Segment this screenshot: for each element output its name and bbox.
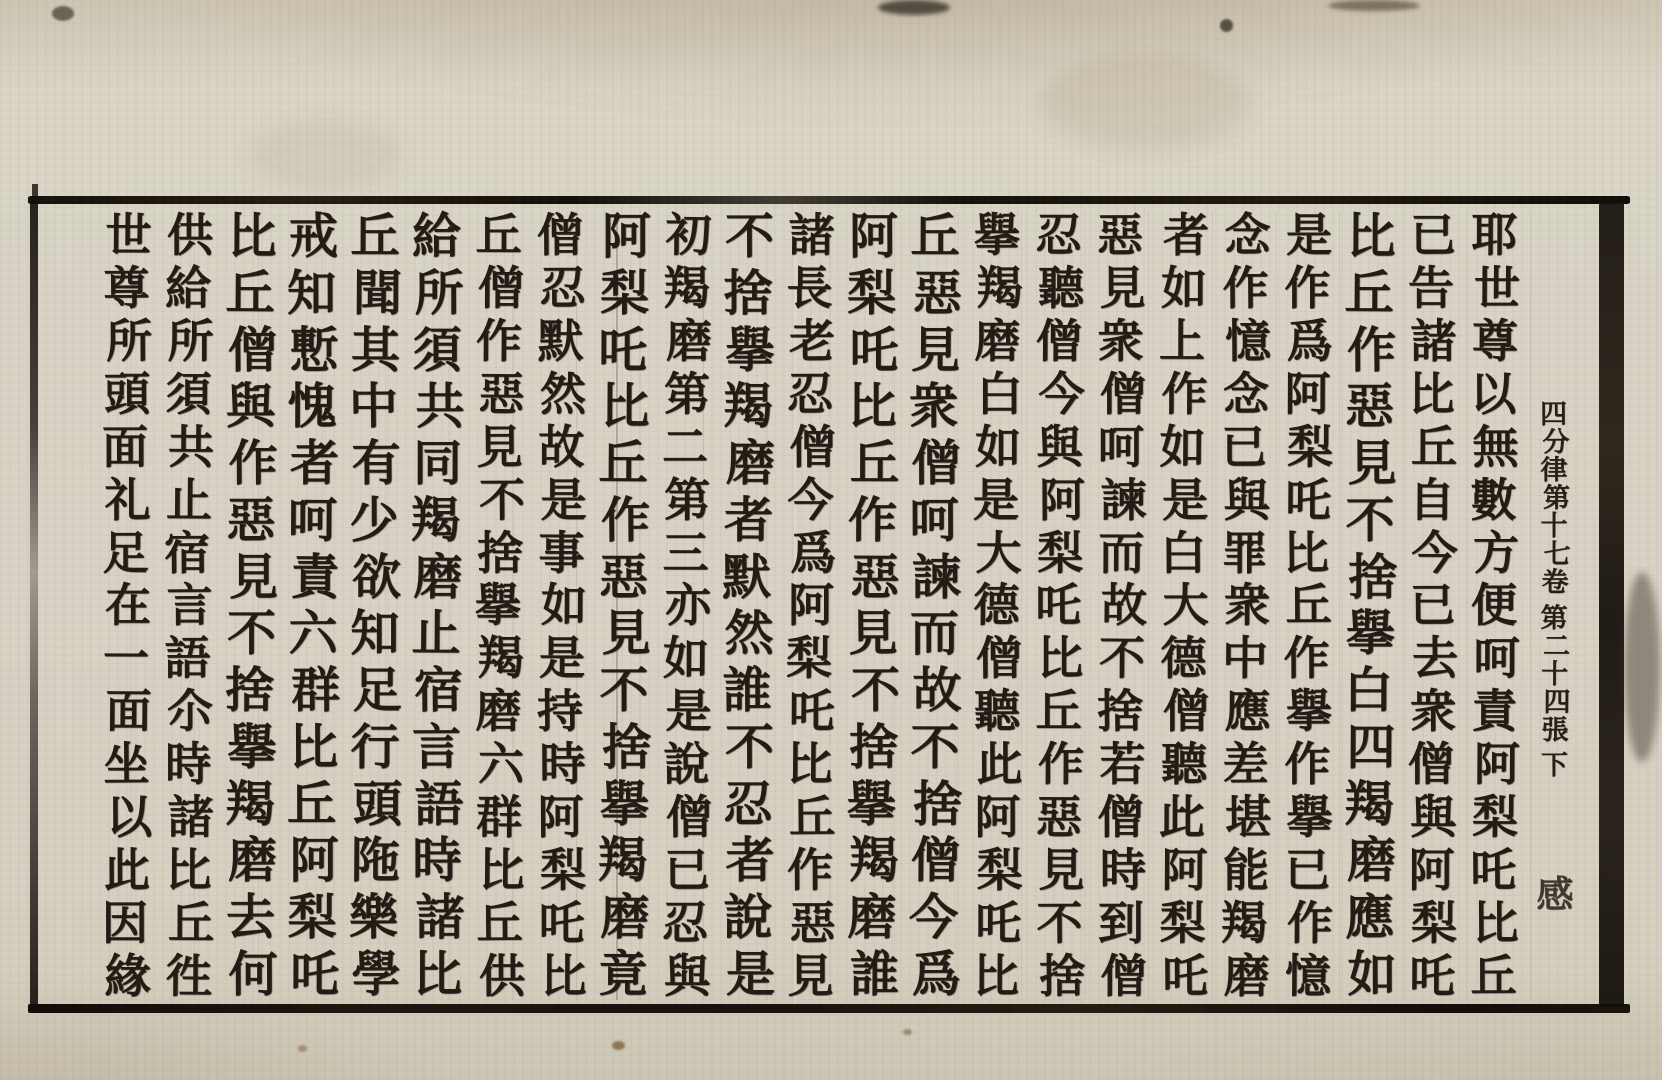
glyph: 供 [479,953,525,1000]
glyph: 頭 [104,371,150,418]
glyph: 十 [1540,661,1567,689]
glyph: 梨 [600,269,649,319]
glyph: 爲 [1287,318,1333,365]
text-column: 僧忍默然故是事如是持時阿梨吒比 [531,212,593,1000]
glyph: 羯 [1221,900,1267,947]
glyph: 世 [1474,265,1520,312]
glyph: 擧 [475,582,521,629]
glyph: 惡 [1097,212,1143,259]
glyph: 磨 [666,318,712,365]
glyph: 言 [167,582,213,629]
glyph: 者 [1163,212,1209,259]
glyph: 者 [290,439,339,489]
glyph: 呵 [1098,424,1144,471]
glyph: 如 [1347,950,1396,1000]
glyph: 吒 [598,325,647,375]
glyph: 吒 [1162,953,1208,1000]
glyph: 僧 [911,439,960,489]
glyph: 不 [910,723,959,773]
glyph: 與 [226,382,275,432]
glyph: 見 [1038,847,1084,894]
glyph: 比 [1283,529,1329,576]
glyph: 與 [1410,794,1456,841]
glyph: 作 [1038,741,1084,788]
engraver-mark: 感 [1537,864,1574,918]
glyph: 不 [725,212,774,262]
glyph: 第 [1540,605,1567,633]
glyph: 僧 [1408,741,1454,788]
glyph: 磨 [600,893,649,943]
glyph: 同 [413,439,462,489]
glyph: 阿 [1039,476,1085,523]
glyph: 吒 [538,900,584,947]
glyph: 惡 [599,552,648,602]
glyph: 白 [1344,666,1393,716]
glyph: 諸 [168,794,214,841]
glyph: 自 [1409,476,1455,523]
glyph: 作 [228,439,277,489]
glyph: 擧 [847,780,896,830]
margin-title-column: 四分律第十七卷 第二十四張 下 感 [1526,212,1584,1000]
glyph: 告 [1408,265,1454,312]
glyph: 責 [290,552,339,602]
glyph: 以 [1470,371,1516,418]
glyph: 已 [1410,212,1456,259]
glyph: 罪 [1222,529,1268,576]
glyph: 世 [105,212,151,259]
glyph: 張 [1541,717,1568,745]
glyph: 比 [847,382,896,432]
glyph: 數 [1470,477,1516,524]
glyph: 梨 [786,635,832,682]
glyph: 呵 [909,496,958,546]
glyph: 第 [1542,485,1569,513]
glyph: 阿 [1474,741,1520,788]
glyph: 僧 [1100,953,1146,1000]
glyph: 羯 [411,496,460,546]
glyph: 堪 [1225,794,1271,841]
glyph: 耶 [1471,212,1517,259]
glyph: 與 [664,953,710,1000]
glyph: 丘 [476,212,522,259]
glyph: 吒 [290,950,339,1000]
glyph: 梨 [1287,424,1333,471]
glyph: 應 [1225,688,1271,735]
glyph: 諸 [415,893,464,943]
manuscript-page: 四分律第十七卷 第二十四張 下 感 耶世尊以無數方便呵責阿梨吒比丘已告諸比丘自今… [0,0,1662,1080]
glyph: 礼 [105,477,151,524]
glyph: 羯 [663,265,709,312]
glyph: 七 [1543,541,1570,569]
glyph: 羯 [598,836,647,886]
glyph: 緣 [105,953,151,1000]
glyph: 大 [1162,582,1208,629]
glyph: 中 [1222,635,1268,682]
glyph: 阿 [1285,371,1331,418]
glyph: 所 [415,269,464,319]
glyph: 忍 [787,371,833,418]
text-column: 不捨擧羯磨者默然誰不忍者說是 [718,212,780,1000]
glyph: 是 [972,477,1018,524]
glyph: 能 [1223,847,1269,894]
text-column: 念作憶念已與罪衆中應差堪能羯磨 [1215,212,1277,1000]
glyph: 磨 [726,439,775,489]
glyph: 比 [413,950,462,1000]
glyph: 作 [848,496,897,546]
glyph: 見 [601,609,650,659]
glyph: 梨 [1159,900,1205,947]
glyph: 擧 [1287,794,1333,841]
glyph: 衆 [909,382,958,432]
glyph: 丘 [789,794,835,841]
glyph: 慙 [290,326,339,376]
glyph: 給 [412,212,461,262]
glyph: 比 [1408,371,1454,418]
glyph: 如 [663,635,709,682]
text-column: 是作爲阿梨吒比丘作擧作擧已作憶 [1277,212,1339,1000]
glyph: 衆 [1410,688,1456,735]
glyph: 律 [1540,457,1567,485]
glyph: 磨 [228,836,277,886]
glyph: 作 [1284,635,1330,682]
glyph: 與 [1224,477,1270,524]
glyph: 去 [1412,635,1458,682]
glyph: 憶 [1225,318,1271,365]
glyph: 止 [412,609,461,659]
text-column: 耶世尊以無數方便呵責阿梨吒比丘 [1464,212,1526,1000]
glyph: 作 [1287,900,1333,947]
glyph: 見 [787,953,833,1000]
paper-stain [903,1029,912,1035]
glyph: 此 [976,741,1022,788]
glyph: 卷 [1541,569,1568,597]
glyph: 中 [349,382,398,432]
glyph: 吒 [1035,582,1081,629]
glyph: 阿 [849,212,898,262]
glyph: 擧 [1346,609,1395,659]
glyph: 比 [541,953,587,1000]
glyph: 已 [1409,582,1455,629]
glyph: 丘 [1035,688,1081,735]
glyph: 故 [912,666,961,716]
glyph: 面 [102,424,148,471]
glyph: 聽 [1161,741,1207,788]
text-column: 比丘作惡見不捨擧白四羯磨應如 [1339,212,1401,1000]
glyph: 初 [665,212,711,259]
glyph: 聽 [1038,265,1084,312]
glyph: 群 [476,794,522,841]
glyph: 惡 [850,552,899,602]
glyph: 磨 [974,318,1020,365]
glyph: 不 [1346,496,1395,546]
glyph: 默 [538,318,584,365]
glyph: 比 [289,723,338,773]
glyph: 不 [227,609,276,659]
glyph: 此 [104,847,150,894]
glyph: 今 [1411,529,1457,576]
paper-stain [1328,0,1420,11]
glyph: 吒 [1409,953,1455,1000]
glyph: 應 [1345,893,1394,943]
text-column: 丘聞其中有少欲知足行頭陁樂學 [345,212,407,1000]
glyph: 有 [352,439,401,489]
glyph: 宿 [414,666,463,716]
glyph: 作 [1284,741,1330,788]
bottom-border-rule [28,1004,1630,1013]
glyph: 大 [975,529,1021,576]
glyph: 三 [662,529,708,576]
glyph: 知 [350,609,399,659]
glyph: 在 [105,582,151,629]
glyph: 須 [413,325,462,375]
glyph: 默 [722,552,771,602]
glyph: 須 [166,371,212,418]
glyph: 如 [1159,423,1205,470]
glyph: 十 [1541,513,1568,541]
glyph: 如 [974,424,1020,471]
glyph: 阿 [974,794,1020,841]
glyph: 梨 [1472,794,1518,841]
glyph: 上 [1159,318,1205,365]
glyph: 梨 [1411,900,1457,947]
glyph: 作 [1223,265,1269,312]
text-column: 比丘僧與作惡見不捨擧羯磨去何 [220,212,282,1000]
glyph: 是 [539,635,585,682]
glyph: 竟 [598,950,647,1000]
glyph: 羯 [724,382,773,432]
glyph: 僧 [478,265,524,312]
glyph: 止 [166,476,212,523]
glyph: 持 [537,688,583,735]
text-columns: 四分律第十七卷 第二十四張 下 感 耶世尊以無數方便呵責阿梨吒比丘已告諸比丘自今… [68,212,1584,1000]
glyph: 梨 [977,847,1023,894]
glyph: 捨 [477,529,523,576]
glyph: 吒 [974,900,1020,947]
glyph: 比 [1346,212,1395,262]
glyph: 故 [538,424,584,471]
glyph: 擧 [227,723,276,773]
glyph: 丘 [476,900,522,947]
glyph: 語 [165,635,211,682]
glyph: 阿 [788,582,834,629]
glyph: 梨 [288,893,337,943]
glyph: 事 [539,529,585,576]
glyph: 何 [228,950,277,1000]
text-column: 已告諸比丘自今已去衆僧與阿梨吒 [1402,212,1464,1000]
glyph: 其 [351,325,400,375]
glyph: 爲 [911,950,960,1000]
glyph: 分 [1542,429,1569,457]
glyph: 捨 [602,723,651,773]
left-corner-tick [32,184,38,198]
glyph: 白 [1160,529,1206,576]
glyph: 作 [601,496,650,546]
glyph: 羯 [849,836,898,886]
glyph: 聞 [353,269,402,319]
glyph: 比 [227,212,276,262]
glyph: 磨 [1347,836,1396,886]
glyph: 丘 [225,269,274,319]
glyph: 僧 [975,635,1021,682]
glyph: 羯 [1344,779,1393,829]
glyph: 捨 [1348,553,1397,603]
glyph: 忍 [540,265,586,312]
glyph: 諫 [1100,477,1146,524]
text-column: 者如上作如是白大德僧聽此阿梨吒 [1153,212,1215,1000]
glyph: 惡 [913,269,962,319]
paper-stain [1220,19,1233,32]
glyph: 丘 [1470,953,1516,1000]
left-frame-bar [30,200,38,1007]
glyph: 阿 [1408,847,1454,894]
glyph: 羯 [478,635,524,682]
glyph: 作 [1347,325,1396,375]
glyph: 僧 [1036,318,1082,365]
text-column: 供給所須共止宿言語尒時諸比丘徃 [158,212,220,1000]
glyph: 呵 [288,496,337,546]
glyph: 惡 [1345,382,1394,432]
glyph: 惡 [1036,794,1082,841]
glyph: 四 [1539,401,1566,429]
glyph: 吒 [1470,847,1516,894]
glyph: 時 [1100,847,1146,894]
glyph: 愧 [288,382,337,432]
glyph: 說 [663,741,709,788]
glyph: 吒 [788,688,834,735]
glyph: 呵 [1473,635,1519,682]
glyph: 到 [1098,900,1144,947]
glyph: 見 [229,553,278,603]
glyph: 作 [1161,371,1207,418]
glyph: 見 [848,609,897,659]
glyph: 以 [106,794,152,841]
glyph: 誰 [850,950,899,1000]
glyph: 丘 [287,780,336,830]
glyph: 擧 [973,212,1019,259]
glyph: 德 [1160,635,1206,682]
text-column: 世尊所頭面礼足在一面坐以此因緣 [96,212,158,1000]
glyph: 時 [540,741,586,788]
glyph: 捨 [913,780,962,830]
glyph: 捨 [1039,953,1085,1000]
glyph: 爲 [790,530,836,577]
glyph: 聽 [973,688,1019,735]
glyph: 擧 [726,325,775,375]
glyph: 磨 [847,893,896,943]
glyph: 給 [165,265,211,312]
glyph: 阿 [538,794,584,841]
glyph: 少 [350,496,399,546]
glyph: 諫 [912,553,961,603]
volume-title: 四分律第十七卷 [1542,401,1569,598]
glyph: 比 [478,847,524,894]
glyph: 責 [1471,688,1517,735]
glyph: 見 [1099,265,1145,312]
glyph: 方 [1473,529,1519,576]
glyph: 言 [412,723,461,773]
glyph: 六 [478,741,524,788]
glyph: 第 [664,477,710,524]
text-column: 阿梨吒比丘作惡見不捨擧羯磨誰 [842,212,904,1000]
glyph: 下 [1540,752,1567,780]
glyph: 故 [1101,582,1147,629]
glyph: 行 [351,723,400,773]
paper-stain [298,1045,307,1052]
glyph: 羯 [976,265,1022,312]
text-column: 擧羯磨白如是大德僧聽此阿梨吒比 [966,212,1028,1000]
glyph: 今 [787,477,833,524]
glyph: 如 [1161,265,1207,312]
text-column: 給所須共同羯磨止宿言語時諸比 [407,212,469,1000]
glyph: 丘 [1344,269,1393,319]
glyph: 比 [600,382,649,432]
glyph: 梨 [1037,529,1083,576]
glyph: 惡 [789,900,835,947]
glyph: 坐 [103,741,149,788]
glyph: 念 [1225,212,1271,259]
glyph: 而 [1098,529,1144,576]
paper-stain [878,0,950,15]
glyph: 所 [106,318,152,365]
paper-stain [250,120,400,190]
glyph: 丘 [351,212,400,262]
glyph: 頭 [353,780,402,830]
glyph: 已 [1285,847,1331,894]
text-column: 初羯磨第二第三亦如是說僧已忍與 [656,212,718,1000]
glyph: 丘 [598,439,647,489]
top-border-rule [28,196,1630,204]
glyph: 樂 [349,893,398,943]
glyph: 共 [168,424,214,471]
glyph: 徃 [166,953,212,1000]
glyph: 然 [540,371,586,418]
text-column: 諸長老忍僧今爲阿梨吒比丘作惡見 [780,212,842,1000]
glyph: 是 [665,688,711,735]
glyph: 吒 [1285,476,1331,523]
glyph: 學 [352,950,401,1000]
text-block-frame: 四分律第十七卷 第二十四張 下 感 耶世尊以無數方便呵責阿梨吒比丘已告諸比丘自今… [28,196,1630,1013]
glyph: 一 [103,635,149,682]
glyph: 比 [166,847,212,894]
glyph: 無 [1472,424,1518,471]
glyph: 作 [787,847,833,894]
glyph: 梨 [540,847,586,894]
glyph: 不 [479,476,525,523]
glyph: 者 [724,496,773,546]
glyph: 僧 [1097,794,1143,841]
glyph: 比 [1037,635,1083,682]
glyph: 比 [972,953,1018,1000]
text-column: 惡見衆僧呵諫而故不捨若僧時到僧 [1091,212,1153,1000]
glyph: 憶 [1285,953,1331,1000]
glyph: 因 [102,900,148,947]
glyph: 捨 [1097,688,1143,735]
glyph: 德 [973,582,1019,629]
glyph: 捨 [723,269,772,319]
glyph: 面 [105,688,151,735]
glyph: 僧 [789,424,835,471]
glyph: 是 [726,950,775,1000]
glyph: 阿 [1161,847,1207,894]
glyph: 吒 [849,326,898,376]
glyph: 去 [226,893,275,943]
glyph: 比 [1472,900,1518,947]
glyph: 今 [1038,371,1084,418]
glyph: 作 [476,318,522,365]
glyph: 見 [911,325,960,375]
glyph: 羯 [225,779,274,829]
glyph: 僧 [228,325,277,375]
